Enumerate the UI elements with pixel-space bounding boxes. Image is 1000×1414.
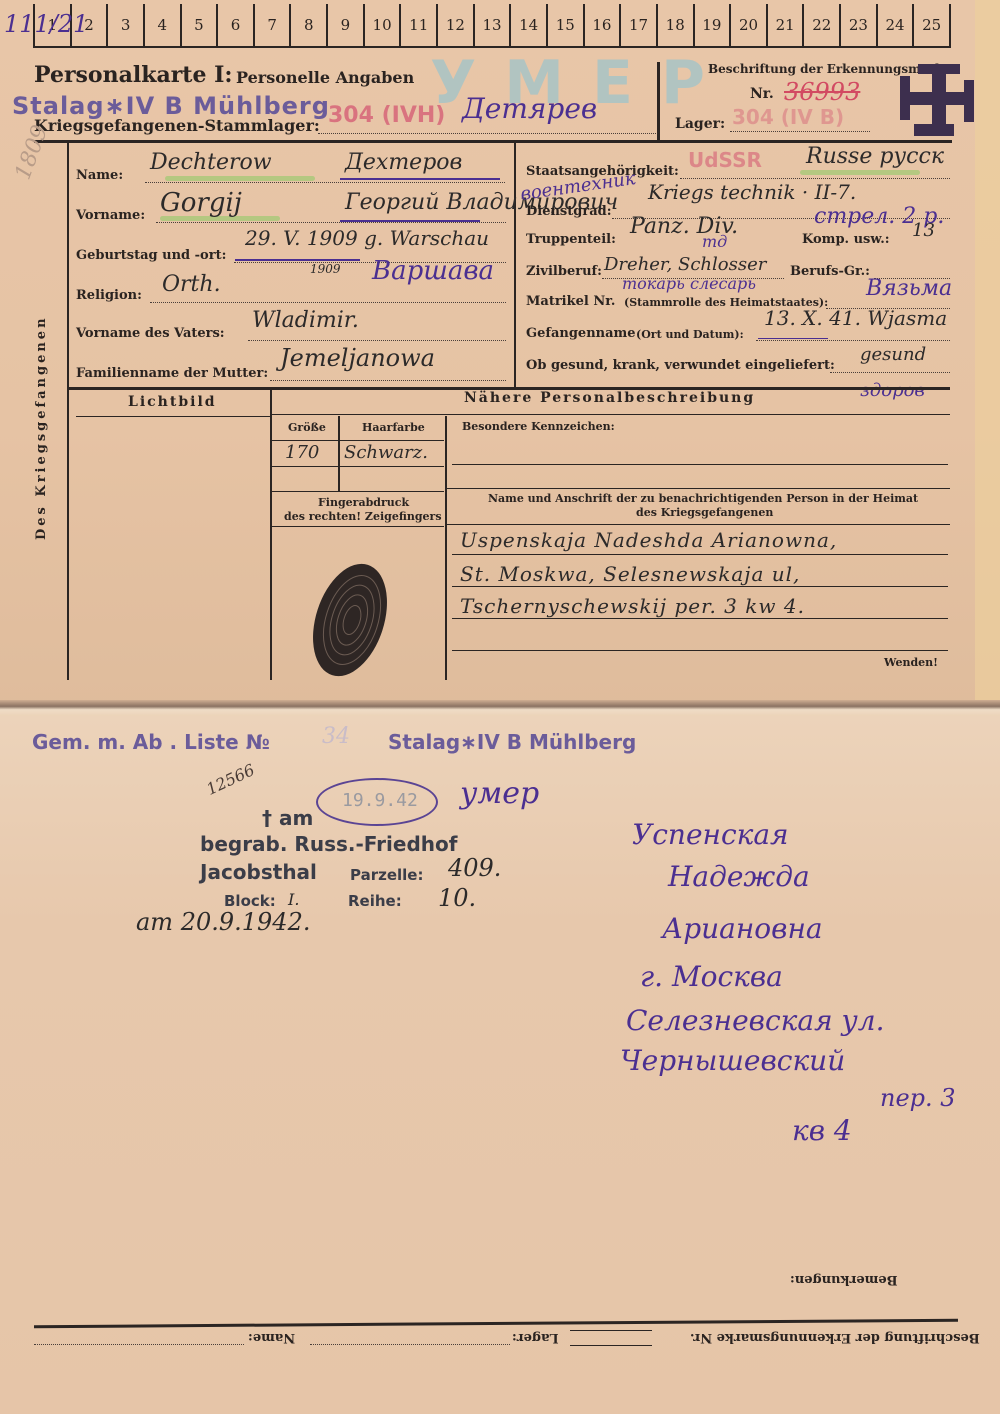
corner-note: 111/21 [4,10,88,38]
religion-label: Religion: [76,288,142,303]
gefangen-value: 13. X. 41. Wjasma [764,306,947,330]
burial-date: am 20.9.1942. [136,908,310,936]
contact-line-3: Tschernyschewskij per. 3 kw 4. [460,594,805,618]
berufs-label: Berufs-Gr.: [790,264,870,279]
staat-stamp: UdSSR [688,148,762,172]
number-cell: 23 [841,4,878,46]
matrikel-label: Matrikel Nr. [526,294,615,309]
parzelle-value: 409. [448,854,501,882]
list-stamp: Gem. m. Ab . Liste № [32,730,270,754]
card-title: Personalkarte I: [34,62,233,88]
name-latin: Dechterow [150,150,272,175]
reverse-camp-stamp: Stalag∗IV B Mühlberg [388,730,636,754]
card-back-panel [0,716,1000,1414]
cemetery-name: Jacobsthal [200,860,317,884]
number-cell: 16 [585,4,622,46]
vertical-label: Des Kriegsgefangenen [34,315,49,540]
matrikel-cyrillic: Вязьма [866,276,952,301]
number-cell: 17 [621,4,658,46]
vorname-label: Vorname: [76,208,145,223]
groesse-value: 170 [285,442,319,463]
gefangen-sub: (Ort und Datum): [636,328,744,341]
gesund-label: Ob gesund, krank, verwundet eingeliefert… [526,358,835,373]
number-cell: 4 [145,4,182,46]
komp-label: Komp. usw.: [802,232,890,247]
contact-cyr-7: пер. 3 [880,1084,956,1112]
bottom-tag-label: Beschriftung der Erkennungsmarke Nr. [690,1330,980,1345]
number-cell: 14 [511,4,548,46]
contact-cyr-2: Надежда [668,860,810,893]
contact-cyr-3: Ариановна [662,912,823,945]
contact-cyr-4: г. Москва [640,960,783,993]
reihe-label: Reihe: [348,892,402,910]
buried-label: begrab. Russ.-Friedhof [200,832,457,856]
mutter-value: Jemeljanowa [280,344,435,372]
finger-label-2: des rechten! Zeigefingers [284,510,442,523]
tag-lager-stamp: 304 (IV B) [732,105,844,129]
number-strip: 1234567891011121314151617181920212223242… [33,4,951,48]
groesse-label: Größe [288,421,326,434]
tag-lager-label: Lager: [675,116,725,132]
name-cyrillic: Дехтеров [345,150,462,175]
wenden-label: Wenden! [884,656,938,669]
number-cell: 20 [731,4,768,46]
contact-cyr-5: Селезневская ул. [626,1004,884,1037]
description-header: Nähere Personalbeschreibung [464,390,755,406]
truppen-label: Truppenteil: [526,232,616,247]
number-cell: 7 [255,4,292,46]
contact-cyr-1: Успенская [632,818,789,851]
camp-handwritten-note: Деmяpeв [462,92,597,125]
lichtbild-label: Lichtbild [128,394,217,410]
list-number: 34 [322,724,350,749]
contact-cyr-6: Чернышевский [620,1044,845,1077]
reihe-value: 10. [438,884,476,912]
cross-stamp-icon [898,62,978,138]
religion-value: Orth. [162,272,221,297]
geburt-year-note: 1909 [310,262,341,276]
bemerkungen-label: Bemerkungen: [790,1272,898,1287]
number-cell: 12 [438,4,475,46]
staat-value: Russe русск [806,144,944,169]
number-cell: 8 [291,4,328,46]
contact-line-2: St. Moskwa, Selesnewskaja ul, [460,562,800,586]
died-label: † am [262,806,313,830]
paper-edge [975,0,1000,712]
geburt-value: 29. V. 1909 g. Warschau [245,226,489,250]
gesund-cyrillic: здоров [860,380,925,401]
number-cell: 21 [768,4,805,46]
vater-value: Wladimir. [252,308,359,333]
number-cell: 6 [218,4,255,46]
number-cell: 18 [658,4,695,46]
dienst-value: Kriegs technik · II-7. [648,180,856,204]
number-cell: 11 [401,4,438,46]
haarfarbe-value: Schwarz. [344,442,428,463]
zivil-label: Zivilberuf: [526,264,602,279]
contact-label-2: des Kriegsgefangenen [636,506,773,519]
parzelle-label: Parzelle: [350,866,423,884]
card-fold [0,700,1000,716]
name-label: Name: [76,168,123,183]
mutter-label: Familienname der Mutter: [76,366,268,381]
geburt-label: Geburtstag und -ort: [76,248,226,263]
dienst-label: Dienstgrad: [526,204,612,219]
number-cell: 15 [548,4,585,46]
haarfarbe-label: Haarfarbe [362,421,425,434]
number-cell: 3 [108,4,145,46]
zivil-cyrillic: токарь слесарь [622,274,756,293]
camp-number-stamp: 304 (IVH) [328,103,445,128]
number-cell: 19 [695,4,732,46]
vater-label: Vorname des Vaters: [76,326,225,341]
vorname-latin: Gorgij [160,188,242,218]
card-subtitle: Personelle Angaben [236,68,414,87]
gesund-value: gesund [860,344,926,365]
gefangen-label: Gefangenname [526,326,636,341]
fingerprint-icon [310,556,390,684]
zivil-value: Dreher, Schlosser [604,254,766,275]
number-cell: 25 [914,4,951,46]
bottom-lager-label: Lager: [512,1330,559,1345]
number-cell: 9 [328,4,365,46]
died-date: 19.9.42 [342,790,418,811]
bottom-name-label: Name: [248,1330,295,1345]
contact-line-1: Uspenskaja Nadeshda Arianowna, [460,528,837,552]
number-cell: 5 [182,4,219,46]
geburt-cyrillic: Варшава [372,256,494,286]
died-cyrillic: умер [460,776,539,811]
contact-label-1: Name und Anschrift der zu benachrichtige… [488,492,918,505]
block-value: I. [288,890,299,909]
komp-value: 13 [912,220,935,241]
number-cell: 24 [878,4,915,46]
kennzeichen-label: Besondere Kennzeichen: [462,420,615,433]
tag-nr-value: 36993 [784,78,860,106]
truppen-cyrillic: тд [702,232,727,251]
tag-nr-label: Nr. [750,86,774,102]
contact-cyr-8: кв 4 [792,1114,852,1147]
number-cell: 10 [365,4,402,46]
finger-label-1: Fingerabdruck [318,496,409,509]
number-cell: 22 [804,4,841,46]
number-cell: 13 [475,4,512,46]
camp-label: Kriegsgefangenen-Stammlager: [34,116,320,135]
